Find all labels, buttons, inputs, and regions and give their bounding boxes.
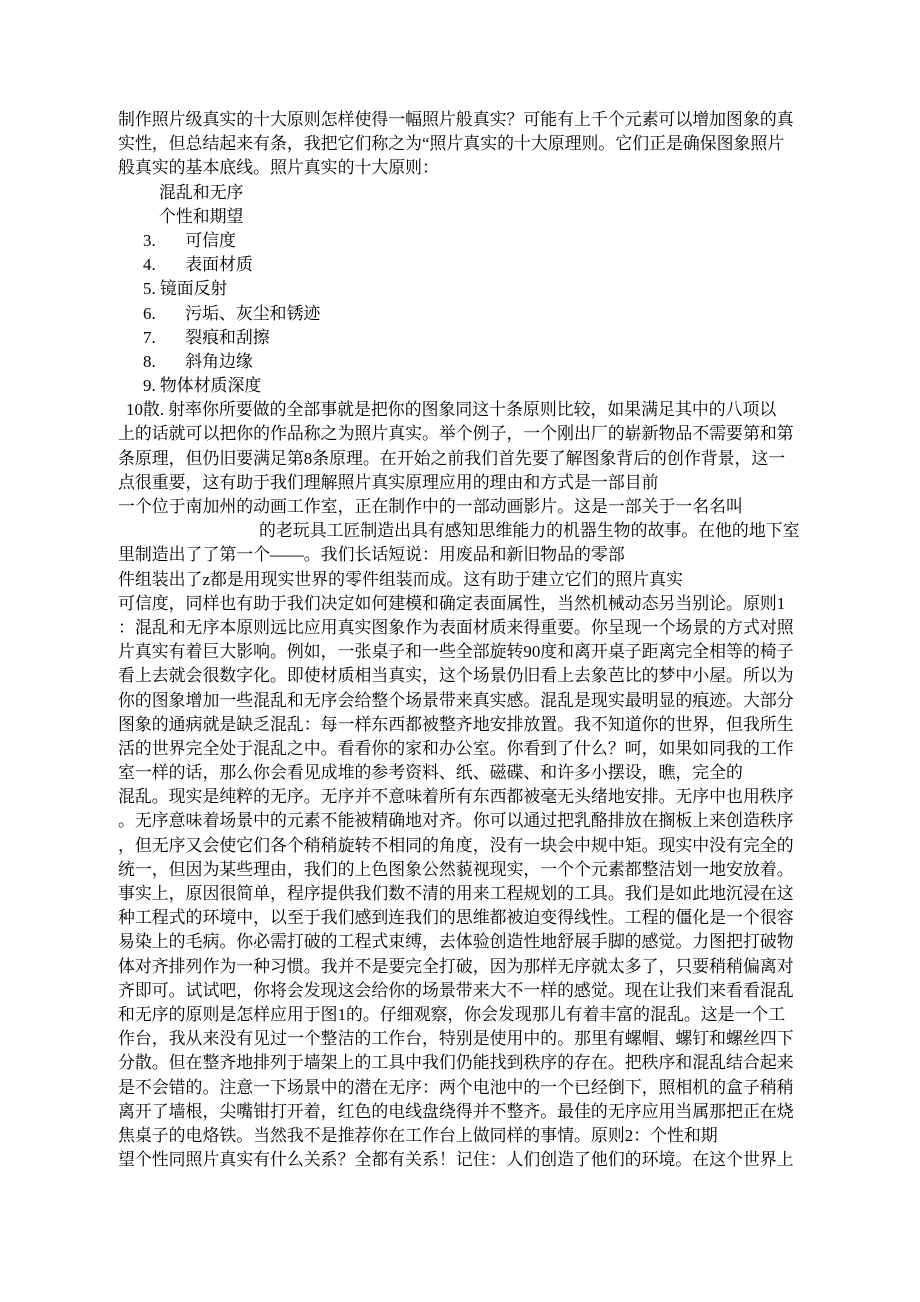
text-line: 点很重要，这有助于我们理解照片真实原理应用的理由和方式是一部目前 [118, 471, 818, 495]
text-line: 种工程式的环境中，以至于我们感到连我们的思维都被迫变得线性。工程的僵化是一个很容 [118, 906, 818, 930]
text-line: 你的图象增加一些混乱和无序会给整个场景带来真实感。混乱是现实最明显的痕迹。大部分 [118, 689, 818, 713]
text-line: 活的世界完全处于混乱之中。看看你的家和办公室。你看到了什么？呵，如果如同我的工作 [118, 737, 818, 761]
text-line: 5. 镜面反射 [118, 277, 818, 301]
text-line: 里制造出了了第一个——。我们长话短说：用废品和新旧物品的零部 [118, 543, 818, 567]
text-line: 混乱。现实是纯粹的无序。无序并不意味着所有东西都被毫无头绪地安排。无序中也用秩序 [118, 785, 818, 809]
text-line: ：混乱和无序本原则远比应用真实图象作为表面材质来得重要。你呈现一个场景的方式对照 [118, 616, 818, 640]
text-line: 和无序的原则是怎样应用于图1的。仔细观察，你会发现那儿有着丰富的混乱。这是一个工 [118, 1003, 818, 1027]
text-line: 一个位于南加州的动画工作室，正在制作中的一部动画影片。这是一部关于一名名叫 [118, 495, 818, 519]
text-line: 齐即可。试试吧，你将会发现这会给你的场景带来大不一样的感觉。现在让我们来看看混乱 [118, 979, 818, 1003]
text-line: 分散。但在整齐地排列于墙架上的工具中我们仍能找到秩序的存在。把秩序和混乱结合起来 [118, 1051, 818, 1075]
text-line: 件组装出了z都是用现实世界的零件组装而成。这有助于建立它们的照片真实 [118, 568, 818, 592]
text-line: 上的话就可以把你的作品称之为照片真实。举个例子，一个刚出厂的崭新物品不需要第和第 [118, 422, 818, 446]
text-line: 条原理，但仍旧要满足第8条原理。在开始之前我们首先要了解图象背后的创作背景，这一 [118, 447, 818, 471]
text-line: 4. 表面材质 [118, 253, 818, 277]
text-line: 可信度，同样也有助于我们决定如何建模和确定表面属性，当然机械动态另当别论。原则1 [118, 592, 818, 616]
text-line: 般真实的基本底线。照片真实的十大原则： [118, 156, 818, 180]
text-line: 焦桌子的电烙铁。当然我不是推荐你在工作台上做同样的事情。原则2：个性和期 [118, 1124, 818, 1148]
text-line: 制作照片级真实的十大原则怎样使得一幅照片般真实？可能有上千个元素可以增加图象的真 [118, 108, 818, 132]
text-line: 10散. 射率你所要做的全部事就是把你的图象同这十条原则比较，如果满足其中的八项… [118, 398, 818, 422]
text-line: 离开了墙根，尖嘴钳打开着，红色的电线盘绕得并不整齐。最佳的无序应用当属那把正在烧 [118, 1100, 818, 1124]
text-line: 统一，但因为某些理由，我们的上色图象公然藐视现实，一个个元素都整洁划一地安放着。 [118, 858, 818, 882]
text-line: 3. 可信度 [118, 229, 818, 253]
text-line: 。无序意味着场景中的元素不能被精确地对齐。你可以通过把乳酪排放在搁板上来创造秩序 [118, 809, 818, 833]
text-line: 8. 斜角边缘 [118, 350, 818, 374]
text-line: 作台，我从来没有见过一个整洁的工作台，特别是使用中的。那里有螺帽、螺钉和螺丝四下 [118, 1027, 818, 1051]
text-line: 室一样的话，那么你会看见成堆的参考资料、纸、磁碟、和许多小摆设，瞧，完全的 [118, 761, 818, 785]
text-line: 体对齐排列作为一种习惯。我并不是要完全打破，因为那样无序就太多了，只要稍稍偏离对 [118, 955, 818, 979]
text-line: 片真实有着巨大影响。例如，一张桌子和一些全部旋转90度和离开桌子距离完全相等的椅… [118, 640, 818, 664]
text-line: ，但无序又会使它们各个稍稍旋转不相同的角度，没有一块会中规中矩。现实中没有完全的 [118, 834, 818, 858]
document-page: 制作照片级真实的十大原则怎样使得一幅照片般真实？可能有上千个元素可以增加图象的真… [118, 108, 818, 1172]
text-line: 的老玩具工匠制造出具有感知思维能力的机器生物的故事。在他的地下室 [118, 519, 818, 543]
text-line: 图象的通病就是缺乏混乱：每一样东西都被整齐地安排放置。我不知道你的世界，但我所生 [118, 713, 818, 737]
text-line: 个性和期望 [118, 205, 818, 229]
text-line: 7. 裂痕和刮擦 [118, 326, 818, 350]
text-line: 是不会错的。注意一下场景中的潜在无序：两个电池中的一个已经倒下，照相机的盒子稍稍 [118, 1076, 818, 1100]
text-line: 混乱和无序 [118, 181, 818, 205]
text-line: 实性，但总结起来有条，我把它们称之为“照片真实的十大原理则。它们正是确保图象照片 [118, 132, 818, 156]
text-line: 事实上，原因很简单，程序提供我们数不清的用来工程规划的工具。我们是如此地沉浸在这 [118, 882, 818, 906]
text-line: 望个性同照片真实有什么关系？全都有关系！记住：人们创造了他们的环境。在这个世界上 [118, 1148, 818, 1172]
text-line: 看上去就会很数字化。即使材质相当真实，这个场景仍旧看上去象芭比的梦中小屋。所以为 [118, 664, 818, 688]
text-line: 易染上的毛病。你必需打破的工程式束缚，去体验创造性地舒展手脚的感觉。力图把打破物 [118, 930, 818, 954]
text-line: 6. 污垢、灰尘和锈迹 [118, 302, 818, 326]
text-line: 9. 物体材质深度 [118, 374, 818, 398]
